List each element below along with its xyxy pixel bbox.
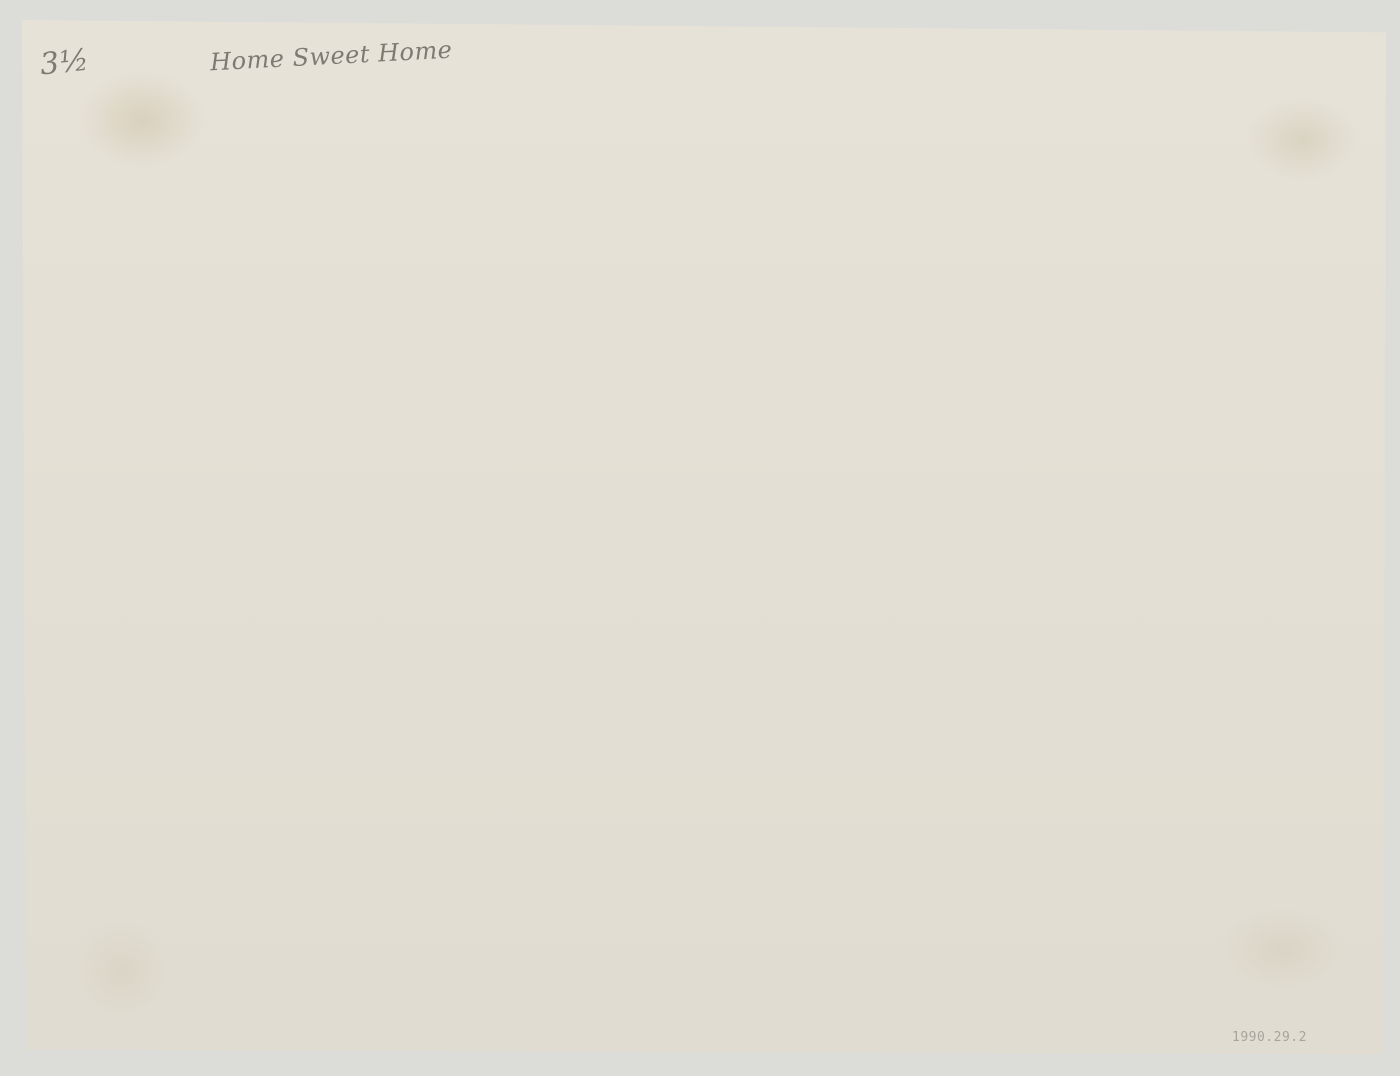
pencil-number-inscription: 3½ <box>38 43 91 83</box>
accession-number: 1990.29.2 <box>1232 1030 1307 1045</box>
paper-sheet <box>22 20 1386 1054</box>
